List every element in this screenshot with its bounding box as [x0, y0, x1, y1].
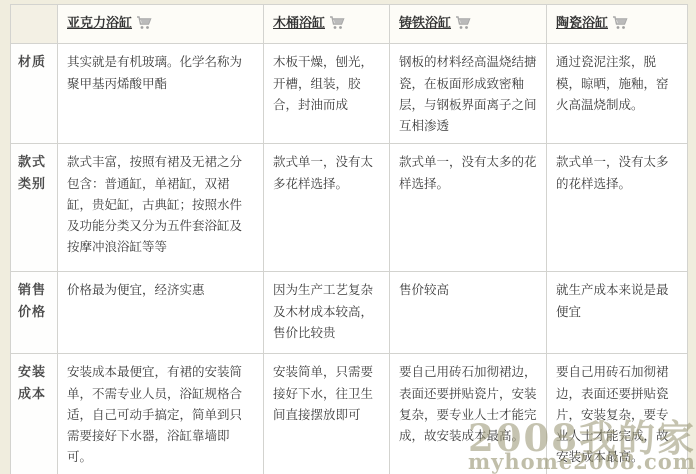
- cell-material-acrylic: 其实就是有机玻璃。化学名称为聚甲基丙烯酸甲酯: [58, 44, 264, 144]
- cell-price-castiron: 售价较高: [390, 272, 547, 354]
- shopping-cart-icon[interactable]: [136, 15, 152, 36]
- table-row-style: 款式类别 款式丰富，按照有裙及无裙之分包含：普通缸，单裙缸，双裙缸，贵妃缸，古典…: [11, 144, 688, 272]
- shopping-cart-icon[interactable]: [329, 15, 345, 36]
- column-header-wood: 木桶浴缸: [264, 5, 390, 44]
- column-header-castiron: 铸铁浴缸: [390, 5, 547, 44]
- row-label-install: 安装成本: [11, 354, 58, 474]
- column-header-ceramic: 陶瓷浴缸: [547, 5, 688, 44]
- cell-style-castiron: 款式单一，没有太多的花样选择。: [390, 144, 547, 272]
- cell-material-ceramic: 通过瓷泥注浆，脱模，晾晒，施釉，窑火高温烧制成。: [547, 44, 688, 144]
- corner-cell: [11, 5, 58, 44]
- row-label-price: 销售价格: [11, 272, 58, 354]
- wood-bathtub-link[interactable]: 木桶浴缸: [273, 16, 325, 31]
- cell-price-acrylic: 价格最为便宜，经济实惠: [58, 272, 264, 354]
- cell-install-wood: 安装简单，只需要接好下水，往卫生间直接摆放即可: [264, 354, 390, 474]
- table-row-price: 销售价格 价格最为便宜，经济实惠 因为生产工艺复杂及木材成本较高，售价比较贵 售…: [11, 272, 688, 354]
- cell-price-wood: 因为生产工艺复杂及木材成本较高，售价比较贵: [264, 272, 390, 354]
- table-row-install: 安装成本 安装成本最便宜，有裙的安装简单，不需专业人员，浴缸规格合适，自己可动手…: [11, 354, 688, 474]
- cell-install-castiron: 要自己用砖石加彻裙边，表面还要拼贴瓷片，安装复杂，要专业人士才能完成，故安装成本…: [390, 354, 547, 474]
- cell-style-wood: 款式单一，没有太多花样选择。: [264, 144, 390, 272]
- table-row-material: 材质 其实就是有机玻璃。化学名称为聚甲基丙烯酸甲酯 木板干燥，刨光，开槽，组装，…: [11, 44, 688, 144]
- column-header-acrylic: 亚克力浴缸: [58, 5, 264, 44]
- page-background: 亚克力浴缸 木桶浴缸 铸铁浴缸 陶瓷浴缸 材质 其实就是有机玻璃。化学名称为聚甲…: [0, 0, 696, 474]
- cell-style-ceramic: 款式单一，没有太多的花样选择。: [547, 144, 688, 272]
- cell-install-ceramic: 要自己用砖石加彻裙边，表面还要拼贴瓷片，安装复杂，要专业人士才能完成，故安装成本…: [547, 354, 688, 474]
- shopping-cart-icon[interactable]: [455, 15, 471, 36]
- cell-material-wood: 木板干燥，刨光，开槽，组装，胶合，封油而成: [264, 44, 390, 144]
- ceramic-bathtub-link[interactable]: 陶瓷浴缸: [556, 16, 608, 31]
- row-label-material: 材质: [11, 44, 58, 144]
- cell-install-acrylic: 安装成本最便宜，有裙的安装简单，不需专业人员，浴缸规格合适，自己可动手搞定，简单…: [58, 354, 264, 474]
- bathtub-comparison-table: 亚克力浴缸 木桶浴缸 铸铁浴缸 陶瓷浴缸 材质 其实就是有机玻璃。化学名称为聚甲…: [10, 4, 688, 474]
- castiron-bathtub-link[interactable]: 铸铁浴缸: [399, 16, 451, 31]
- shopping-cart-icon[interactable]: [612, 15, 628, 36]
- acrylic-bathtub-link[interactable]: 亚克力浴缸: [67, 16, 132, 31]
- header-row: 亚克力浴缸 木桶浴缸 铸铁浴缸 陶瓷浴缸: [11, 5, 688, 44]
- cell-material-castiron: 钢板的材料经高温烧结搪瓷，在板面形成致密釉层，与钢板界面离子之间互相渗透: [390, 44, 547, 144]
- row-label-style: 款式类别: [11, 144, 58, 272]
- cell-price-ceramic: 就生产成本来说是最便宜: [547, 272, 688, 354]
- cell-style-acrylic: 款式丰富，按照有裙及无裙之分包含：普通缸，单裙缸，双裙缸，贵妃缸，古典缸；按照水…: [58, 144, 264, 272]
